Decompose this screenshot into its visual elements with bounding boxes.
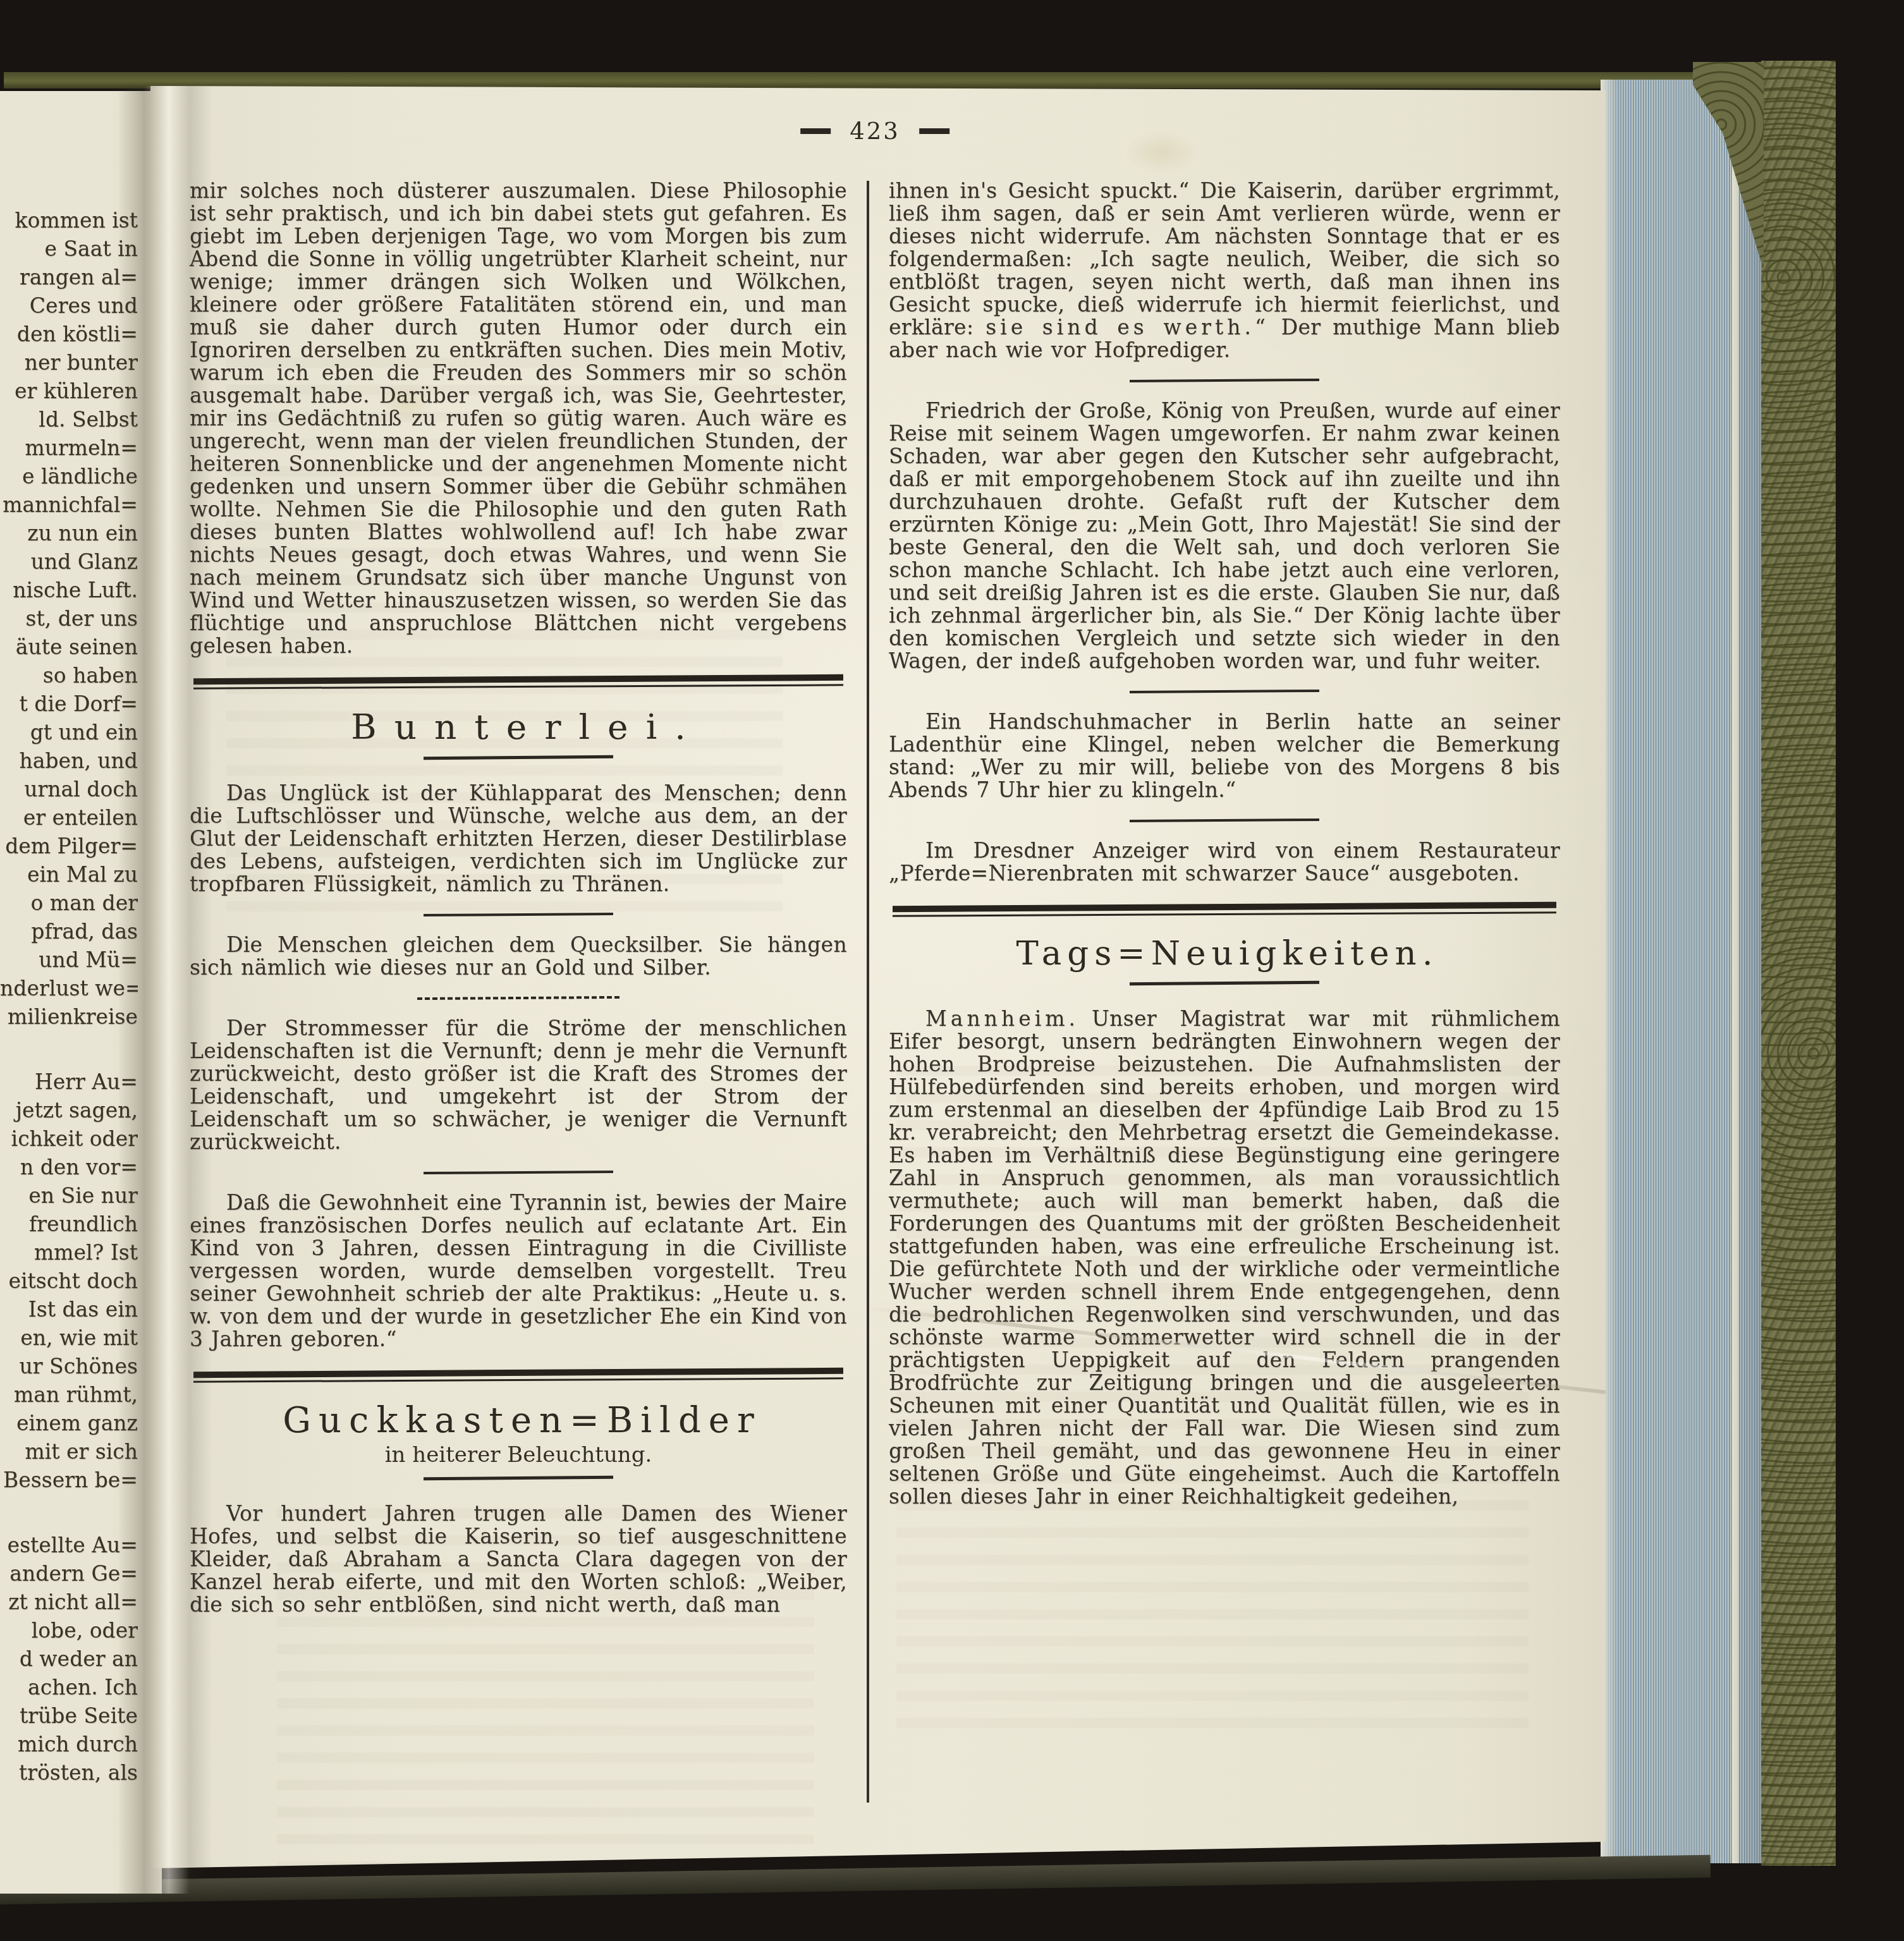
body-paragraph: ihnen in's Gesicht spuckt.“ Die Kaiserin…: [889, 179, 1560, 362]
previous-page-fragment: trösten, als: [0, 1758, 138, 1787]
previous-page-sliver: kommen iste Saat inrangen al=Ceres undde…: [0, 91, 162, 1894]
previous-page-fragment: ein Mal zu: [0, 860, 138, 889]
previous-page-fragment: äute seinen: [0, 633, 138, 661]
anecdote-paragraph: Daß die Gewohnheit eine Tyrannin ist, be…: [190, 1191, 847, 1351]
previous-page-fragment: ichkeit oder: [0, 1124, 138, 1153]
previous-page-fragment: Herr Au=: [0, 1068, 138, 1096]
column-divider: [867, 181, 869, 1803]
previous-page-fragment: nische Luft.: [0, 576, 138, 604]
book-top-edge: [4, 72, 1828, 88]
page-edges-stack: [1601, 80, 1770, 1863]
previous-page-fragment: Ist das ein: [0, 1295, 138, 1323]
anecdote-paragraph: Das Unglück ist der Kühlapparat des Mens…: [190, 782, 847, 896]
previous-page-fragment: achen. Ich: [0, 1673, 138, 1701]
previous-page-fragment: er kühleren: [0, 377, 138, 405]
previous-page-fragment: rangen al=: [0, 263, 138, 291]
previous-page-fragment: nderlust we=: [0, 974, 138, 1002]
body-paragraph: Vor hundert Jahren trugen alle Damen des…: [190, 1502, 847, 1616]
separator-rule-dashed: [417, 996, 619, 1000]
previous-page-fragment: und Mü=: [0, 946, 138, 974]
title-rule: [424, 1476, 613, 1481]
previous-page-fragment: eitscht doch: [0, 1267, 138, 1295]
separator-rule: [1130, 818, 1319, 822]
section-divider-heavy: [893, 904, 1556, 915]
page-edges-highlight: [1732, 80, 1738, 1863]
previous-page-fragment: kommen ist: [0, 206, 138, 234]
previous-page-fragment: jetzt sagen,: [0, 1096, 138, 1124]
previous-page-fragment: estellte Au=: [0, 1531, 138, 1559]
previous-page-fragment: lobe, oder: [0, 1616, 138, 1645]
previous-page-fragment: ur Schönes: [0, 1352, 138, 1380]
paper-stain: [1124, 130, 1200, 174]
book-page: 423 mir solches noch düsterer auszumalen…: [150, 86, 1606, 1868]
anecdote-paragraph: Die Menschen gleichen dem Quecksilber. S…: [190, 934, 847, 979]
title-rule: [1130, 981, 1319, 986]
left-column: mir solches noch düsterer auszumalen. Di…: [190, 179, 847, 1616]
page-number: 423: [800, 118, 949, 145]
section-divider-heavy: [193, 1370, 843, 1381]
page-number-dash: [800, 128, 831, 134]
previous-page-fragment: d weder an: [0, 1645, 138, 1673]
separator-rule: [424, 913, 613, 916]
book-cover: [1761, 61, 1836, 1866]
news-paragraph: Mannheim.Unser Magistrat war mit rühmlic…: [889, 1007, 1560, 1508]
previous-page-fragment: n den vor=: [0, 1153, 138, 1181]
anecdote-paragraph: Friedrich der Große, König von Preußen, …: [889, 399, 1560, 672]
separator-rule: [1130, 690, 1319, 693]
previous-page-fragment: urnal doch: [0, 775, 138, 803]
previous-page-fragment: mmel? Ist: [0, 1238, 138, 1267]
section-title-guckkasten: Guckkasten=Bilder: [190, 1400, 847, 1441]
section-title-tagsneuigkeiten: Tags=Neuigkeiten.: [889, 934, 1560, 973]
body-paragraph: mir solches noch düsterer auszumalen. Di…: [190, 179, 847, 657]
previous-page-fragment: Ceres und: [0, 291, 138, 320]
previous-page-fragment: trübe Seite: [0, 1701, 138, 1730]
paragraph-text: Unser Magistrat war mit rühmlichem Eifer…: [889, 1006, 1560, 1509]
separator-rule: [1130, 379, 1319, 382]
title-rule: [424, 755, 613, 760]
previous-page-fragment: [0, 1494, 138, 1531]
previous-page-fragment: o man der: [0, 889, 138, 917]
previous-page-fragment: man rühmt,: [0, 1380, 138, 1409]
previous-page-fragment: einem ganz: [0, 1409, 138, 1437]
previous-page-fragment: er enteilen: [0, 803, 138, 832]
previous-page-fragment: mannichfal=: [0, 490, 138, 519]
dateline: Mannheim.: [925, 1006, 1079, 1031]
previous-page-fragment: Bessern be=: [0, 1466, 138, 1494]
previous-page-fragment: und Glanz: [0, 547, 138, 576]
previous-page-fragment: [0, 1031, 138, 1068]
previous-page-fragment: ld. Selbst: [0, 405, 138, 434]
previous-page-fragment: mit er sich: [0, 1437, 138, 1466]
section-subtitle: in heiterer Beleuchtung.: [190, 1442, 847, 1468]
emphasized-text: sie sind es werth.“: [986, 315, 1269, 339]
anecdote-paragraph: Ein Handschuhmacher in Berlin hatte an s…: [889, 710, 1560, 801]
previous-page-fragment: milienkreise: [0, 1002, 138, 1031]
previous-page-fragment: den köstli=: [0, 320, 138, 348]
previous-page-fragment: so haben: [0, 661, 138, 690]
previous-page-fragment: ner bunter: [0, 348, 138, 377]
previous-page-fragment: zt nicht all=: [0, 1588, 138, 1616]
anecdote-paragraph: Im Dresdner Anzeiger wird von einem Rest…: [889, 839, 1560, 885]
previous-page-fragment: freundlich: [0, 1210, 138, 1238]
previous-page-fragment: en, wie mit: [0, 1323, 138, 1352]
previous-page-fragment: murmeln=: [0, 434, 138, 462]
previous-page-fragment: pfrad, das: [0, 917, 138, 946]
anecdote-paragraph: Der Strommesser für die Ströme der mensc…: [190, 1017, 847, 1153]
previous-page-fragment: gt und ein: [0, 718, 138, 746]
previous-page-text: kommen iste Saat inrangen al=Ceres undde…: [0, 206, 138, 1787]
scanned-book-page: kommen iste Saat inrangen al=Ceres undde…: [0, 0, 1904, 1941]
previous-page-fragment: andern Ge=: [0, 1559, 138, 1588]
previous-page-fragment: mich durch: [0, 1730, 138, 1758]
page-number-value: 423: [850, 118, 900, 145]
previous-page-fragment: st, der uns: [0, 604, 138, 633]
previous-page-fragment: e Saat in: [0, 234, 138, 263]
previous-page-fragment: t die Dorf=: [0, 690, 138, 718]
right-column: ihnen in's Gesicht spuckt.“ Die Kaiserin…: [889, 179, 1560, 1508]
previous-page-fragment: dem Pilger=: [0, 832, 138, 860]
previous-page-fragment: haben, und: [0, 746, 138, 775]
previous-page-fragment: e ländliche: [0, 462, 138, 490]
previous-page-fragment: zu nun ein: [0, 519, 138, 547]
previous-page-fragment: en Sie nur: [0, 1181, 138, 1210]
separator-rule: [424, 1171, 613, 1174]
section-divider-heavy: [193, 676, 843, 688]
page-number-dash: [919, 128, 949, 134]
section-title-bunterlei: Bunterlei.: [190, 707, 847, 747]
